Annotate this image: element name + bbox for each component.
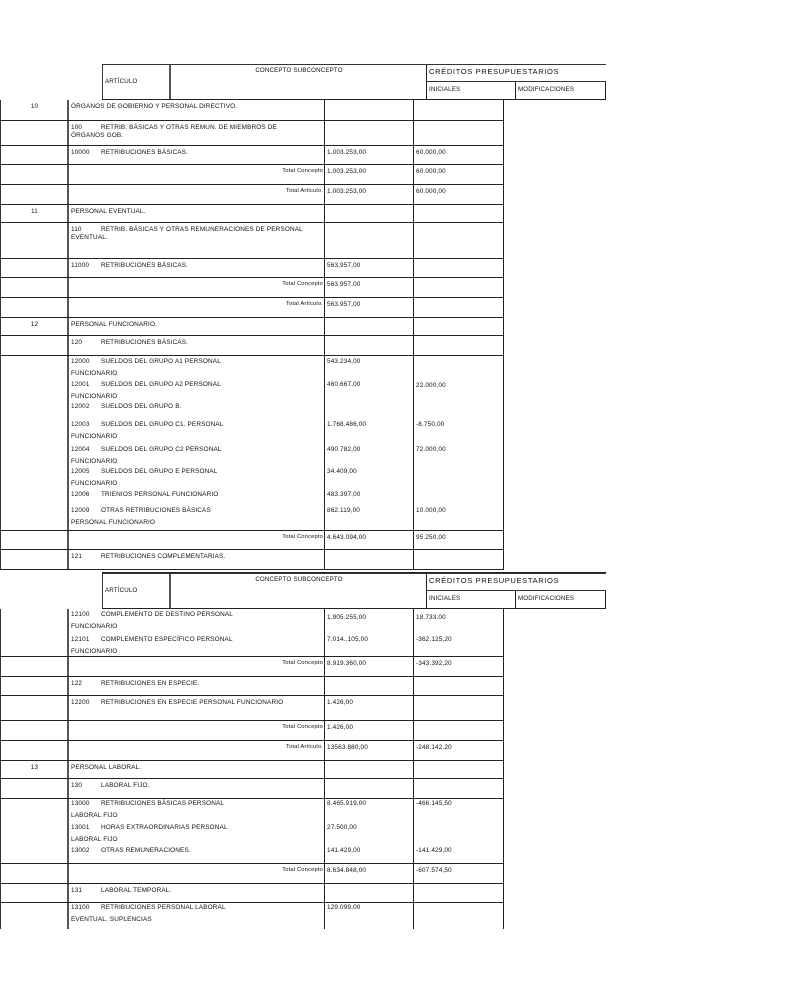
concept-description: 130LABORAL FIJO. xyxy=(71,783,150,789)
cell-c3 xyxy=(325,223,414,258)
total-label: Total Artículo. xyxy=(286,745,323,751)
modification-amount: 60.000,00 xyxy=(416,169,446,175)
concept-description: 12003SUELDOS DEL GRUPO C1. PERSONAL xyxy=(71,422,224,428)
concept-code: 12009 xyxy=(71,508,101,514)
cell-c3 xyxy=(325,121,414,145)
concept-code: 12002 xyxy=(71,404,101,410)
concept-code: 130 xyxy=(71,783,101,789)
header-concepto-cell: CONCEPTO SUBCONCEPTO xyxy=(171,65,427,99)
concept-description: 12006TRIENIOS PERSONAL FUNCIONARIO xyxy=(71,492,218,498)
concept-description: 12100COMPLEMENTO DE DESTINO PERSONAL xyxy=(71,612,233,618)
cell-c3 xyxy=(325,884,414,902)
articulo-description: PERSONAL EVENTUAL. xyxy=(71,209,146,215)
concept-code: 11000 xyxy=(71,263,101,269)
concept-description-cont: FUNCIONARIO xyxy=(71,371,117,377)
initial-credit: 460.667,00 xyxy=(327,382,360,388)
concept-code: 13001 xyxy=(71,825,101,831)
cell-c4 xyxy=(414,205,504,222)
modification-amount: -607.574,50 xyxy=(416,868,452,874)
header-iniciales-cell: INICIALES xyxy=(427,591,516,608)
concept-description: 12009OTRAS RETRIBUCIONES BÁSICAS xyxy=(71,508,211,514)
modification-amount: 60.000,00 xyxy=(416,150,446,156)
concept-description: 13001HORAS EXTRAORDINARIAS PERSONAL xyxy=(71,825,228,831)
initial-credit: 8.465.919,00 xyxy=(327,801,366,807)
initial-credit: 1.905.255,00 xyxy=(327,615,366,621)
total-label: Total Concepto xyxy=(282,661,323,667)
cell-c1 xyxy=(0,677,69,695)
concept-row: 130LABORAL FIJO. xyxy=(0,779,504,799)
cell-c1 xyxy=(0,165,69,184)
concept-description: 12001SUELDOS DEL GRUPO A2 PERSONAL xyxy=(71,382,221,388)
modification-amount: -8.750,00 xyxy=(416,422,444,428)
total-articulo-row: Total Artículo.1.003.253,0060.000,00 xyxy=(0,185,504,205)
concept-code: 12101 xyxy=(71,637,101,643)
initial-credit: 483.397,00 xyxy=(327,492,360,498)
articulo-description: ÓRGANOS DE GOBIERNO Y PERSONAL DIRECTIVO… xyxy=(71,104,237,110)
modification-amount: -141.429,00 xyxy=(416,848,452,854)
header-creditos: CRÉDITOS PRESUPUESTARIOS xyxy=(429,68,559,76)
concept-description-cont: EVENTUAL. xyxy=(71,235,108,241)
concept-description-cont: EVENTUAL. SUPLENCIAS xyxy=(71,917,152,923)
articulo-number: 12 xyxy=(0,322,69,328)
modification-amount: 72.000,00 xyxy=(416,447,446,453)
cell-c3 xyxy=(325,100,414,120)
concept-description: 12005SUELDOS DEL GRUPO E PERSONAL xyxy=(71,469,218,475)
concept-row: 12200RETRIBUCIONES EN ESPECIE PERSONAL F… xyxy=(0,696,504,721)
articulo-number: 11 xyxy=(0,209,69,215)
cell-c4 xyxy=(414,223,504,258)
concept-code: 121 xyxy=(71,554,101,560)
initial-credit: 1.426,00 xyxy=(327,700,353,706)
header-articulo-cell: ARTÍCULO xyxy=(102,65,171,99)
articulo-number: 13 xyxy=(0,765,69,771)
initial-credit: 1.003.253,00 xyxy=(327,169,366,175)
articulo-description: PERSONAL LABORAL. xyxy=(71,765,141,771)
initial-credit: 27.500,00 xyxy=(327,825,357,831)
cell-c3 xyxy=(325,761,414,778)
articulo-row: 13PERSONAL LABORAL. xyxy=(0,761,504,779)
header-sub-row: INICIALESMODIFICACIONES xyxy=(427,81,606,99)
cell-c3 xyxy=(325,779,414,798)
initial-credit: 1.768.486,00 xyxy=(327,422,366,428)
concept-description: 11000RETRIBUCIONES BÁSICAS. xyxy=(71,263,188,269)
cell-c3 xyxy=(325,205,414,222)
cell-c4 xyxy=(414,779,504,798)
cell-c3 xyxy=(325,336,414,355)
total-label: Total Artículo. xyxy=(286,302,323,308)
concept-description: 131LABORAL TEMPORAL. xyxy=(71,888,171,894)
initial-credit: 563.957,00 xyxy=(327,263,360,269)
concept-code: 12000 xyxy=(71,359,101,365)
concept-description: 110RETRIB. BÁSICAS Y OTRAS REMUNERACIONE… xyxy=(71,227,303,233)
concept-description-cont: LABORAL FIJO xyxy=(71,837,118,843)
initial-credit: 4.643.094,00 xyxy=(327,535,366,541)
concept-description: 13000RETRIBUCIONES BÁSICAS PERSONAL xyxy=(71,801,224,807)
concept-code: 122 xyxy=(71,681,101,687)
modification-amount: -362.125,20 xyxy=(416,637,452,643)
modification-amount: -466.145,50 xyxy=(416,801,452,807)
modification-amount: 60.000,00 xyxy=(416,189,446,195)
concept-row: 10000RETRIBUCIONES BÁSICAS.1.003.253,006… xyxy=(0,146,504,165)
header-iniciales: INICIALES xyxy=(429,596,460,602)
concept-code: 131 xyxy=(71,888,101,894)
cell-c1 xyxy=(0,903,69,929)
total-articulo-row: Total Artículo.13563.880,00-248.142,20 xyxy=(0,741,504,761)
concept-description-cont: PERSONAL FUNCIONARIO xyxy=(71,520,155,526)
initial-credit: 7.014..105,00 xyxy=(327,637,368,643)
cell-c4 xyxy=(414,721,504,740)
initial-credit: 563.957,00 xyxy=(327,282,360,288)
articulo-number: 10 xyxy=(0,104,69,110)
cell-c1 xyxy=(0,864,69,883)
concept-code: 120 xyxy=(71,340,101,346)
header-creditos: CRÉDITOS PRESUPUESTARIOS xyxy=(429,577,559,585)
cell-c1 xyxy=(0,298,69,317)
concept-description: 122RETRIBUCIONES EN ESPECIE. xyxy=(71,681,199,687)
cell-c4 xyxy=(414,100,504,120)
cell-c1 xyxy=(0,609,69,656)
concept-description-cont: FUNCIONARIO xyxy=(71,481,117,487)
total-concepto-row: Total Concepto8.634.848,00-607.574,50 xyxy=(0,864,504,884)
cell-c1 xyxy=(0,356,69,530)
header-concepto: CONCEPTO SUBCONCEPTO xyxy=(171,577,427,583)
cell-c1 xyxy=(0,799,69,863)
total-label: Total Artículo. xyxy=(286,189,323,195)
concept-description: 10000RETRIBUCIONES BÁSICAS. xyxy=(71,150,188,156)
concept-description-cont: FUNCIONARIO xyxy=(71,624,117,630)
subconcept-group: 12100COMPLEMENTO DE DESTINO PERSONALFUNC… xyxy=(0,609,504,657)
initial-credit: 141.429,00 xyxy=(327,848,360,854)
articulo-row: 12PERSONAL FUNCIONARIO. xyxy=(0,318,504,336)
concept-description: 13100RETRIBUCIONES PERSONAL LABORAL xyxy=(71,905,226,911)
concept-description: 100RETRIB. BÁSICAS Y OTRAS REMUN. DE MIE… xyxy=(71,125,277,131)
cell-c4 xyxy=(414,259,504,277)
modification-amount: 10.000,00 xyxy=(416,508,446,514)
total-concepto-row: Total Concepto1.426,00 xyxy=(0,721,504,741)
cell-c1 xyxy=(0,531,69,549)
initial-credit: 1.426,00 xyxy=(327,725,353,731)
cell-c1 xyxy=(0,741,69,760)
initial-credit: 543.234,00 xyxy=(327,359,360,365)
initial-credit: 1.003.253,00 xyxy=(327,150,366,156)
concept-row: 120RETRIBUCIONES BÁSICAS. xyxy=(0,336,504,356)
header-iniciales: INICIALES xyxy=(429,87,460,93)
articulo-description: PERSONAL FUNCIONARIO. xyxy=(71,322,157,328)
concept-code: 12100 xyxy=(71,612,101,618)
total-label: Total Concepto xyxy=(282,868,323,874)
initial-credit: 490.782,00 xyxy=(327,447,360,453)
concept-description-cont: FUNCIONARIO xyxy=(71,459,117,465)
cell-c1 xyxy=(0,259,69,277)
concept-row: 122RETRIBUCIONES EN ESPECIE. xyxy=(0,677,504,696)
concept-row: 131LABORAL TEMPORAL. xyxy=(0,884,504,903)
cell-c1 xyxy=(0,884,69,902)
header-modificaciones-cell: MODIFICACIONES xyxy=(516,82,606,99)
concept-description: 121RETRIBUCIONES COMPLEMENTARIAS. xyxy=(71,554,225,560)
initial-credit: 563.957,00 xyxy=(327,302,360,308)
cell-c4 xyxy=(414,550,504,569)
concept-description-cont: LABORAL FIJO xyxy=(71,813,118,819)
concept-code: 110 xyxy=(71,227,101,233)
table-header: ARTÍCULOCONCEPTO SUBCONCEPTOCRÉDITOS PRE… xyxy=(102,573,606,609)
header-sub-row: INICIALESMODIFICACIONES xyxy=(427,590,606,608)
concept-code: 100 xyxy=(71,125,101,131)
articulo-row: 10ÓRGANOS DE GOBIERNO Y PERSONAL DIRECTI… xyxy=(0,100,504,121)
concept-code: 12005 xyxy=(71,469,101,475)
articulo-row: 11PERSONAL EVENTUAL. xyxy=(0,205,504,223)
concept-code: 13000 xyxy=(71,801,101,807)
initial-credit: 862.119,00 xyxy=(327,508,360,514)
cell-c4 xyxy=(414,884,504,902)
cell-c1 xyxy=(0,146,69,164)
header-articulo-cell: ARTÍCULO xyxy=(102,574,171,608)
concept-code: 13100 xyxy=(71,905,101,911)
initial-credit: 8.919.360,00 xyxy=(327,661,366,667)
cell-c4 xyxy=(414,278,504,297)
concept-description: 12200RETRIBUCIONES EN ESPECIE PERSONAL F… xyxy=(71,700,283,706)
concept-description-cont: FUNCIONARIO xyxy=(71,434,117,440)
total-articulo-row: Total Artículo.563.957,00 xyxy=(0,298,504,318)
total-label: Total Concepto xyxy=(282,169,323,175)
cell-c3 xyxy=(325,318,414,335)
cell-c1 xyxy=(0,550,69,569)
cell-c4 xyxy=(414,696,504,720)
concept-code: 12003 xyxy=(71,422,101,428)
concept-description: 120RETRIBUCIONES BÁSICAS. xyxy=(71,340,188,346)
total-concepto-row: Total Concepto1.003.253,0060.000,00 xyxy=(0,165,504,185)
header-articulo: ARTÍCULO xyxy=(105,588,137,594)
cell-c4 xyxy=(414,318,504,335)
total-label: Total Concepto xyxy=(282,535,323,541)
cell-c4 xyxy=(414,298,504,317)
concept-description: 12004SUELDOS DEL GRUPO C2 PERSONAL xyxy=(71,447,222,453)
cell-c1 xyxy=(0,121,69,145)
cell-c1 xyxy=(0,185,69,204)
cell-c1 xyxy=(0,696,69,720)
concept-code: 10000 xyxy=(71,150,101,156)
concept-row: 110RETRIB. BÁSICAS Y OTRAS REMUNERACIONE… xyxy=(0,223,504,259)
cell-c4 xyxy=(414,336,504,355)
header-concepto: CONCEPTO SUBCONCEPTO xyxy=(171,68,427,74)
cell-c1 xyxy=(0,336,69,355)
concept-description-cont: FUNCIONARIO xyxy=(71,649,117,655)
cell-c4 xyxy=(414,761,504,778)
concept-code: 12200 xyxy=(71,700,101,706)
total-label: Total Concepto xyxy=(282,282,323,288)
cell-c3 xyxy=(325,550,414,569)
concept-code: 12006 xyxy=(71,492,101,498)
modification-amount: 18.733,00 xyxy=(416,615,446,621)
concept-code: 12004 xyxy=(71,447,101,453)
cell-c4 xyxy=(414,677,504,695)
initial-credit: 129.099,00 xyxy=(327,905,360,911)
concept-description: 13002OTRAS REMUNERACIONES. xyxy=(71,848,191,854)
cell-c1 xyxy=(0,721,69,740)
modification-amount: -248.142,20 xyxy=(416,745,452,751)
concept-description-cont: ÓRGANOS GOB. xyxy=(71,133,123,139)
modification-amount: 22.000,00 xyxy=(416,383,446,389)
concept-description: 12002SUELDOS DEL GRUPO B. xyxy=(71,404,182,410)
cell-c1 xyxy=(0,657,69,676)
cell-c4 xyxy=(414,121,504,145)
total-concepto-row: Total Concepto563.957,00 xyxy=(0,278,504,298)
header-modificaciones-cell: MODIFICACIONES xyxy=(516,591,606,608)
header-modificaciones: MODIFICACIONES xyxy=(518,596,574,602)
concept-description: 12101COMPLEMENTO ESPECÍFICO PERSONAL xyxy=(71,637,233,643)
cell-c3 xyxy=(325,677,414,695)
concept-row: 11000RETRIBUCIONES BÁSICAS.563.957,00 xyxy=(0,259,504,278)
header-creditos-cell: CRÉDITOS PRESUPUESTARIOSINICIALESMODIFIC… xyxy=(427,65,606,99)
table-header: ARTÍCULOCONCEPTO SUBCONCEPTOCRÉDITOS PRE… xyxy=(102,64,606,100)
header-concepto-cell: CONCEPTO SUBCONCEPTO xyxy=(171,574,427,608)
initial-credit: 1.003.253,00 xyxy=(327,189,366,195)
subconcept-group: 13100RETRIBUCIONES PERSONAL LABORALEVENT… xyxy=(0,903,504,929)
cell-c1 xyxy=(0,223,69,258)
cell-c1 xyxy=(0,779,69,798)
concept-description: 12000SUELDOS DEL GRUPO A1 PERSONAL xyxy=(71,359,221,365)
initial-credit: 34.409,00 xyxy=(327,469,357,475)
initial-credit: 13563.880,00 xyxy=(327,745,368,751)
modification-amount: 95.250,00 xyxy=(416,535,446,541)
concept-description-cont: FUNCIONARIO xyxy=(71,394,117,400)
header-modificaciones: MODIFICACIONES xyxy=(518,87,574,93)
concept-row: 121RETRIBUCIONES COMPLEMENTARIAS. xyxy=(0,550,504,570)
initial-credit: 8.634.848,00 xyxy=(327,868,366,874)
total-concepto-row: Total Concepto4.643.094,0095.250,00 xyxy=(0,531,504,550)
modification-amount: -343.392,20 xyxy=(416,661,452,667)
concept-row: 100RETRIB. BÁSICAS Y OTRAS REMUN. DE MIE… xyxy=(0,121,504,146)
subconcept-group: 13000RETRIBUCIONES BÁSICAS PERSONALLABOR… xyxy=(0,799,504,864)
concept-code: 13002 xyxy=(71,848,101,854)
total-concepto-row: Total Concepto8.919.360,00-343.392,20 xyxy=(0,657,504,677)
cell-c1 xyxy=(0,278,69,297)
cell-c4 xyxy=(414,903,504,929)
header-iniciales-cell: INICIALES xyxy=(427,82,516,99)
header-articulo: ARTÍCULO xyxy=(105,79,137,85)
header-creditos-cell: CRÉDITOS PRESUPUESTARIOSINICIALESMODIFIC… xyxy=(427,574,606,608)
concept-code: 12001 xyxy=(71,382,101,388)
subconcept-group: 12000SUELDOS DEL GRUPO A1 PERSONALFUNCIO… xyxy=(0,356,504,531)
total-label: Total Concepto xyxy=(282,725,323,731)
